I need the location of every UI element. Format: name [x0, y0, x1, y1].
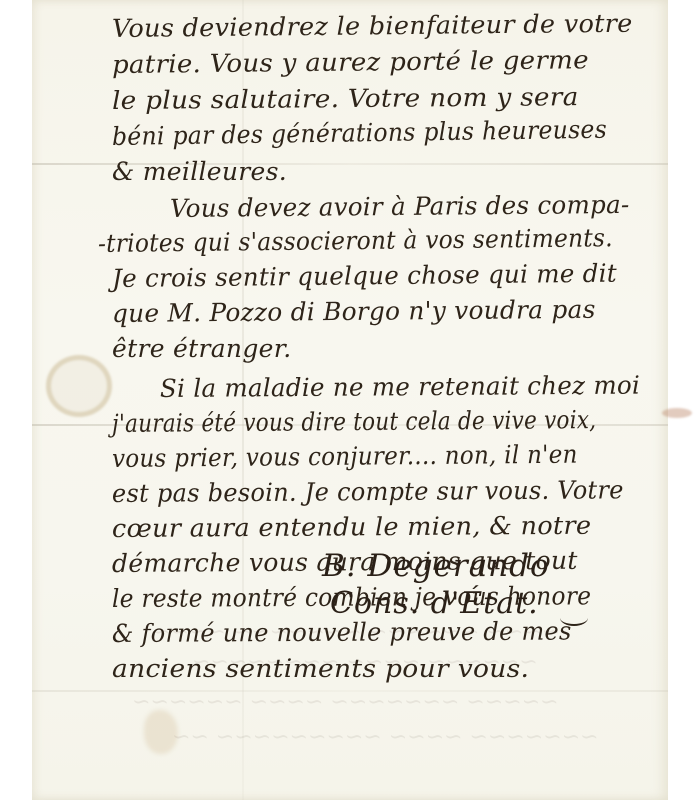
signature-title: Cons. d'État. [330, 586, 539, 621]
show-through-text: ~~~~~ ~~~~~~~ ~~~~ ~~~~~~ [132, 690, 559, 715]
ink-stain [662, 408, 692, 418]
letter-line: & formé une nouvelle preuve de mes [112, 616, 572, 648]
letter-line: Vous devez avoir à Paris des compa- [170, 190, 630, 223]
letter-line: le plus salutaire. Votre nom y sera [112, 82, 579, 115]
show-through-text: ~~~~~~~ ~~~~ ~~~~~~~~~ ~~ [172, 725, 599, 750]
letter-line: cœur aura entendu le mien, & notre [112, 511, 592, 543]
letter-line: Vous deviendrez le bienfaiteur de votre [112, 9, 633, 43]
letter-line: Si la maladie ne me retenait chez moi [160, 371, 640, 403]
letter-line: -triotes qui s'associeront à vos sentime… [98, 223, 613, 258]
letter-line: Je crois sentir quelque chose qui me dit [112, 259, 617, 293]
letter-line: & meilleures. [112, 157, 287, 186]
letter-line: j'aurais été vous dire tout cela de vive… [112, 405, 596, 438]
letter-line: être étranger. [112, 334, 291, 363]
signature-name: B. Degerando [322, 548, 550, 584]
letter-line: anciens sentiments pour vous. [112, 654, 529, 683]
letter-line: est pas besoin. Je compte sur vous. Votr… [112, 475, 624, 508]
signature-flourish [560, 610, 588, 626]
letter-line: que M. Pozzo di Borgo n'y voudra pas [112, 295, 596, 328]
seal-stain [46, 355, 112, 417]
letter-line: vous prier, vous conjurer.... non, il n'… [112, 440, 578, 473]
letter-line: patrie. Vous y aurez porté le germe [112, 45, 589, 79]
